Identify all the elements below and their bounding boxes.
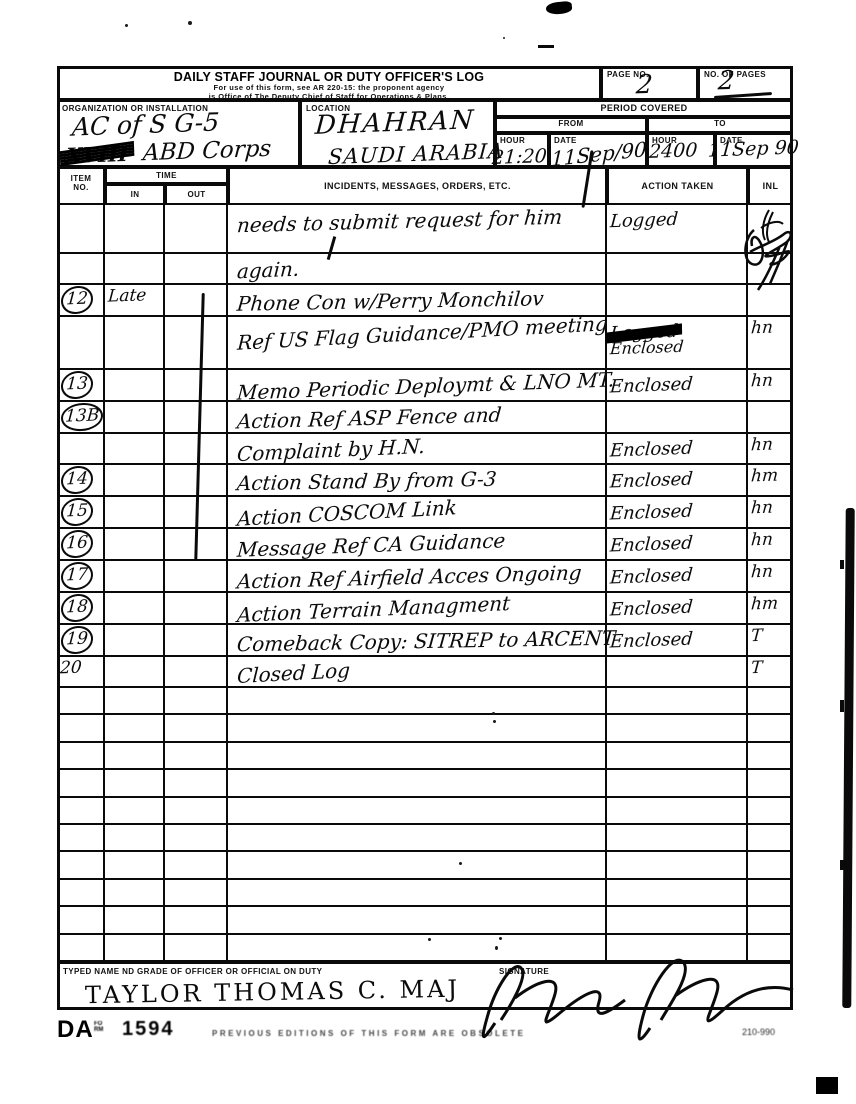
time-in-value: Late	[107, 285, 147, 306]
incident-cell: needs to submit request for him	[228, 205, 607, 254]
action-cell	[607, 770, 748, 797]
scan-speck	[188, 21, 192, 25]
period-covered-label: PERIOD COVERED	[497, 103, 791, 113]
incident-cell: Comeback Copy: SITREP to ARCENT	[228, 625, 607, 657]
initials-scribble	[740, 212, 802, 294]
time-out-cell	[165, 770, 228, 797]
item-no-cell: 13B	[57, 402, 105, 434]
initials-text: hm	[750, 593, 778, 614]
incident-cell: Ref US Flag Guidance/PMO meeting	[228, 317, 607, 370]
item-no-cell	[57, 907, 105, 934]
initials-cell	[748, 880, 793, 907]
from-hour-value: 21:20	[491, 145, 547, 169]
incident-cell: Phone Con w/Perry Monchilov	[228, 285, 607, 317]
incident-cell: again.	[228, 254, 607, 285]
time-out-cell	[165, 688, 228, 715]
scan-streak-blob	[840, 560, 844, 569]
action-text: Enclosed	[609, 374, 693, 398]
initials-cell	[748, 743, 793, 770]
incident-text: again.	[236, 257, 300, 284]
scan-streak-blob	[840, 700, 844, 712]
time-out-cell	[165, 657, 228, 688]
incident-text: Ref US Flag Guidance/PMO meeting	[237, 311, 609, 355]
time-out-cell	[165, 370, 228, 402]
page-no-value: 2	[635, 70, 654, 101]
period-to-bar: TO	[647, 117, 793, 133]
to-hour-value: 2400	[648, 139, 698, 163]
pages-value: 2	[717, 66, 736, 97]
time-in-cell	[105, 317, 165, 370]
time-header-label: TIME	[107, 171, 226, 180]
form-number: 1594	[122, 1018, 175, 1041]
item-no-cell	[57, 770, 105, 797]
to-label: TO	[649, 119, 791, 128]
incident-cell	[228, 907, 607, 934]
action-cell	[607, 825, 748, 852]
item-no-cell	[57, 254, 105, 285]
item-no-cell	[57, 317, 105, 370]
time-in-cell	[105, 434, 165, 465]
time-in-cell	[105, 715, 165, 742]
time-in-cell	[105, 935, 165, 962]
scan-blob-bottom	[816, 1077, 838, 1094]
organization-line2: ABD Corps	[142, 136, 272, 167]
item-number: 20	[59, 658, 82, 679]
circled-item-number: 12	[60, 285, 94, 314]
action-cell	[607, 907, 748, 934]
initials-cell: hn	[748, 434, 793, 465]
time-in-cell: Late	[105, 285, 165, 317]
incident-text: Action Ref ASP Fence and	[236, 403, 502, 434]
action-cell: Enclosed	[607, 625, 748, 657]
incident-cell	[228, 770, 607, 797]
scan-dash	[538, 45, 554, 48]
action-cell: Enclosed	[607, 561, 748, 593]
time-out-cell	[165, 625, 228, 657]
circled-item-number: 13B	[60, 402, 104, 432]
item-no-cell	[57, 434, 105, 465]
time-in-cell	[105, 743, 165, 770]
action-taken-header: ACTION TAKEN	[607, 167, 748, 205]
item-no-cell	[57, 935, 105, 962]
incident-cell: Action COSCOM Link	[228, 497, 607, 529]
incident-cell	[228, 715, 607, 742]
period-from-bar: FROM	[495, 117, 647, 133]
action-cell	[607, 880, 748, 907]
initials-cell: hm	[748, 593, 793, 625]
form-subtitle-1: For use of this form, see AR 220-15: the…	[59, 83, 599, 92]
action-cell: Enclosed	[607, 497, 748, 529]
time-out-cell	[165, 561, 228, 593]
initials-cell	[748, 907, 793, 934]
inl-header: INL	[748, 167, 793, 205]
action-cell: Enclosed	[607, 529, 748, 561]
initials-cell: hn	[748, 529, 793, 561]
scan-speck	[499, 937, 502, 940]
item-no-cell: 18	[57, 593, 105, 625]
initials-cell: hn	[748, 370, 793, 402]
circled-item-number: 13	[60, 370, 94, 399]
time-in-cell	[105, 370, 165, 402]
initials-text: hn	[750, 562, 773, 583]
incident-cell: Action Terrain Managment	[228, 593, 607, 625]
time-in-cell	[105, 625, 165, 657]
initials-cell	[748, 825, 793, 852]
scan-smudge-top	[545, 1, 572, 16]
scan-speck	[428, 938, 431, 941]
log-grid: needs to submit request for himLogged ag…	[57, 205, 793, 962]
incident-cell: Closed Log	[228, 657, 607, 688]
action-text: Enclosed	[609, 501, 693, 525]
incident-text: Complaint by H.N.	[236, 434, 425, 466]
incidents-header-label: INCIDENTS, MESSAGES, ORDERS, ETC.	[230, 181, 605, 191]
item-no-cell: 15	[57, 497, 105, 529]
time-in-cell	[105, 254, 165, 285]
item-no-cell: 16	[57, 529, 105, 561]
time-in-cell	[105, 657, 165, 688]
incident-cell: Action Ref Airfield Acces Ongoing	[228, 561, 607, 593]
typed-name-label: TYPED NAME ND GRADE OF OFFICER OR OFFICI…	[63, 967, 322, 976]
incident-text: Action Terrain Managment	[236, 591, 511, 627]
action-cell: LoggedEnclosed	[607, 317, 748, 370]
item-no-cell	[57, 205, 105, 254]
time-out-cell	[165, 715, 228, 742]
incident-text: Message Ref CA Guidance	[236, 528, 506, 561]
item-no-cell: 17	[57, 561, 105, 593]
initials-text: hn	[750, 371, 773, 392]
action-text: Enclosed	[609, 629, 693, 653]
incidents-header: INCIDENTS, MESSAGES, ORDERS, ETC.	[228, 167, 607, 205]
incident-cell	[228, 688, 607, 715]
time-out-cell	[165, 852, 228, 879]
incident-text: Closed Log	[236, 658, 350, 688]
scanned-document-page: DAILY STAFF JOURNAL OR DUTY OFFICER'S LO…	[0, 0, 856, 1104]
item-no-cell: 14	[57, 465, 105, 497]
form-word: FORM	[94, 1021, 106, 1033]
item-no-cell	[57, 743, 105, 770]
organization-struck-word: XVIII	[65, 141, 129, 168]
time-in-cell	[105, 688, 165, 715]
action-cell	[607, 852, 748, 879]
time-out-cell	[165, 880, 228, 907]
scan-streak-blob	[840, 860, 844, 870]
item-no-cell: 12	[57, 285, 105, 317]
action-cell	[607, 285, 748, 317]
period-covered-bar: PERIOD COVERED	[495, 100, 793, 117]
incident-cell: Message Ref CA Guidance	[228, 529, 607, 561]
time-in-cell	[105, 770, 165, 797]
inl-header-label: INL	[750, 181, 791, 191]
incident-cell	[228, 880, 607, 907]
action-text: Enclosed	[609, 337, 684, 359]
initials-cell: hn	[748, 497, 793, 529]
incident-cell: Action Ref ASP Fence and	[228, 402, 607, 434]
item-no-cell	[57, 880, 105, 907]
initials-cell: T	[748, 625, 793, 657]
obsolete-text: PREVIOUS EDITIONS OF THIS FORM ARE OBSOL…	[212, 1029, 525, 1038]
item-no-cell	[57, 688, 105, 715]
initials-text: hn	[750, 318, 773, 339]
location-line1: DHAHRAN	[314, 105, 476, 141]
initials-text: T	[750, 658, 763, 678]
incident-text: Memo Periodic Deploymt & LNO MT.	[236, 367, 615, 404]
to-date-value: 11Sep 90	[707, 136, 799, 161]
scan-speck	[459, 862, 462, 865]
initials-cell	[748, 715, 793, 742]
item-header-line1: ITEM	[71, 174, 92, 183]
footer-right-code: 210-990	[742, 1027, 775, 1037]
item-no-cell	[57, 852, 105, 879]
from-hour-label: HOUR	[500, 136, 547, 145]
time-out-cell	[165, 285, 228, 317]
initials-cell: T	[748, 657, 793, 688]
time-in-cell	[105, 529, 165, 561]
action-text: Logged	[609, 209, 678, 232]
time-in-cell	[105, 907, 165, 934]
action-cell: Enclosed	[607, 370, 748, 402]
item-no-cell: 13	[57, 370, 105, 402]
action-cell	[607, 402, 748, 434]
initials-cell: hn	[748, 317, 793, 370]
scan-speck	[125, 24, 128, 27]
circled-item-number: 19	[60, 625, 94, 654]
time-in-cell	[105, 593, 165, 625]
time-in-cell	[105, 825, 165, 852]
initials-text: hn	[750, 530, 773, 551]
circled-item-number: 15	[60, 497, 94, 526]
incident-cell: Action Stand By from G-3	[228, 465, 607, 497]
time-out-header: OUT	[165, 184, 228, 205]
form-title: DAILY STAFF JOURNAL OR DUTY OFFICER'S LO…	[59, 70, 599, 84]
time-in-header: IN	[105, 184, 165, 205]
initials-text: hm	[750, 465, 778, 486]
action-cell: Enclosed	[607, 465, 748, 497]
initials-cell: hn	[748, 561, 793, 593]
circled-item-number: 18	[60, 593, 94, 622]
action-text: Enclosed	[609, 597, 693, 621]
initials-cell	[748, 852, 793, 879]
scan-speck	[493, 720, 496, 723]
time-in-cell	[105, 497, 165, 529]
time-out-cell	[165, 205, 228, 254]
initials-text: hn	[750, 498, 773, 519]
item-no-cell	[57, 798, 105, 825]
pages-label: NO. OF PAGES	[704, 70, 791, 79]
incident-text: Comeback Copy: SITREP to ARCENT	[236, 626, 616, 657]
initials-text: T	[750, 626, 763, 646]
action-cell	[607, 254, 748, 285]
action-text: Enclosed	[609, 438, 693, 462]
item-header-line2: NO.	[73, 183, 88, 192]
incident-text: Action COSCOM Link	[237, 495, 458, 531]
da-label: DA	[57, 1016, 94, 1044]
item-no-cell	[57, 825, 105, 852]
action-header-label: ACTION TAKEN	[609, 181, 746, 191]
incident-cell: Memo Periodic Deploymt & LNO MT.	[228, 370, 607, 402]
time-out-cell	[165, 743, 228, 770]
form-title-box: DAILY STAFF JOURNAL OR DUTY OFFICER'S LO…	[57, 66, 601, 100]
incident-cell: Complaint by H.N.	[228, 434, 607, 465]
action-text: Enclosed	[609, 565, 693, 589]
incident-text: Action Stand By from G-3	[236, 467, 498, 496]
scan-streak-right-edge	[842, 508, 854, 1008]
initials-cell	[748, 770, 793, 797]
in-header-label: IN	[107, 190, 163, 199]
incident-cell	[228, 825, 607, 852]
time-in-cell	[105, 880, 165, 907]
action-cell	[607, 743, 748, 770]
from-label: FROM	[497, 119, 645, 128]
time-in-cell	[105, 205, 165, 254]
out-header-label: OUT	[167, 190, 226, 199]
time-out-cell	[165, 402, 228, 434]
item-no-cell: 20	[57, 657, 105, 688]
time-in-cell	[105, 561, 165, 593]
scan-speck	[492, 712, 495, 715]
incident-cell	[228, 743, 607, 770]
circled-item-number: 16	[60, 529, 94, 558]
action-cell	[607, 657, 748, 688]
time-in-cell	[105, 402, 165, 434]
action-cell	[607, 798, 748, 825]
item-no-cell: 19	[57, 625, 105, 657]
incident-cell	[228, 798, 607, 825]
initials-cell	[748, 402, 793, 434]
action-cell: Logged	[607, 205, 748, 254]
action-cell: Enclosed	[607, 593, 748, 625]
time-out-cell	[165, 907, 228, 934]
action-cell	[607, 715, 748, 742]
time-out-cell	[165, 935, 228, 962]
time-in-cell	[105, 798, 165, 825]
incident-text: needs to submit request for him	[236, 205, 563, 238]
item-no-header: ITEM NO.	[57, 167, 105, 205]
organization-line1: AC of S G-5	[71, 107, 220, 141]
time-out-cell	[165, 593, 228, 625]
time-out-cell	[165, 254, 228, 285]
action-cell	[607, 688, 748, 715]
initials-cell	[748, 688, 793, 715]
time-out-cell	[165, 798, 228, 825]
action-text: Enclosed	[609, 469, 693, 493]
incident-text: Action Ref Airfield Acces Ongoing	[236, 560, 582, 593]
action-cell: Enclosed	[607, 434, 748, 465]
time-header: TIME	[105, 167, 228, 184]
scan-speck	[495, 946, 498, 950]
incident-text: Phone Con w/Perry Monchilov	[236, 286, 545, 315]
time-out-cell	[165, 825, 228, 852]
time-in-cell	[105, 465, 165, 497]
scan-speck	[503, 37, 505, 39]
initials-cell: hm	[748, 465, 793, 497]
initials-text: hn	[750, 435, 773, 456]
time-out-cell	[165, 317, 228, 370]
action-text: Enclosed	[609, 533, 693, 557]
item-no-cell	[57, 715, 105, 742]
initials-cell	[748, 798, 793, 825]
circled-item-number: 17	[60, 561, 94, 590]
time-in-cell	[105, 852, 165, 879]
circled-item-number: 14	[60, 465, 94, 494]
incident-cell	[228, 852, 607, 879]
